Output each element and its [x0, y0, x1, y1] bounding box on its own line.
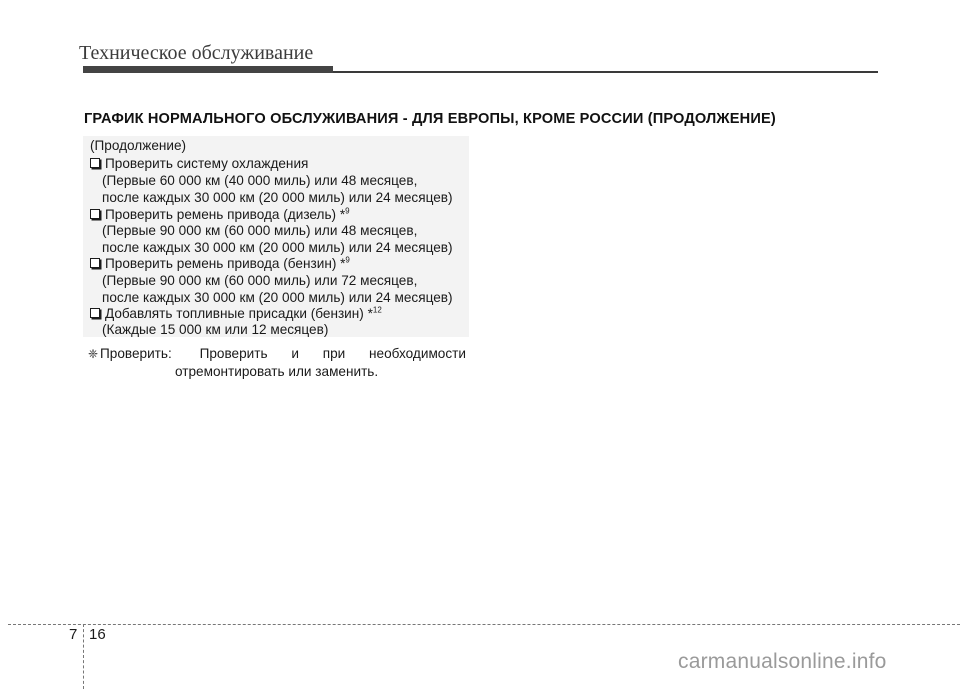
header-bar-thick — [83, 66, 333, 73]
asterisk-note-icon: ❈ — [88, 346, 100, 363]
section-title: Техническое обслуживание — [79, 42, 313, 65]
note-word: при — [323, 345, 346, 363]
header-rule — [333, 71, 878, 73]
checkbox-icon — [90, 209, 100, 219]
note-word: необходимости — [369, 345, 466, 363]
item-label: Проверить ремень привода (бензин) * — [105, 256, 345, 271]
note-continuation: отремонтировать или заменить. — [88, 363, 466, 380]
footer-dashed-rule — [8, 624, 960, 625]
schedule-item-drive-belt-petrol: Проверить ремень привода (бензин) *9 — [90, 256, 350, 272]
item-detail: (Каждые 15 000 км или 12 месяцев) — [102, 322, 328, 338]
note-label: Проверить: — [100, 346, 172, 361]
checkbox-icon — [90, 158, 100, 168]
page-number: 16 — [89, 626, 106, 643]
schedule-item-drive-belt-diesel: Проверить ремень привода (дизель) *9 — [90, 207, 350, 223]
item-detail: после каждых 30 000 км (20 000 миль) или… — [102, 240, 453, 256]
note-word: и — [291, 345, 299, 363]
footnote-mark: 9 — [345, 206, 349, 215]
item-label: Проверить систему охлаждения — [105, 156, 308, 171]
continuation-label: (Продолжение) — [90, 138, 186, 154]
footer-dashed-divider — [83, 624, 84, 689]
chapter-number: 7 — [69, 626, 77, 643]
checkbox-icon — [90, 258, 100, 268]
footnote-mark: 12 — [373, 305, 382, 314]
page-heading: ГРАФИК НОРМАЛЬНОГО ОБСЛУЖИВАНИЯ - ДЛЯ ЕВ… — [84, 111, 776, 127]
item-detail: (Первые 90 000 км (60 000 миль) или 48 м… — [102, 223, 417, 239]
item-detail: после каждых 30 000 км (20 000 миль) или… — [102, 290, 453, 306]
schedule-item-cooling-system: Проверить систему охлаждения — [90, 156, 308, 172]
item-detail: (Первые 60 000 км (40 000 миль) или 48 м… — [102, 173, 417, 189]
note-label-group: ❈Проверить: — [88, 345, 176, 363]
item-label: Добавлять топливные присадки (бензин) * — [105, 306, 373, 321]
inspection-note: ❈Проверить: Проверить и при необходимост… — [88, 345, 466, 380]
schedule-item-fuel-additives: Добавлять топливные присадки (бензин) *1… — [90, 306, 382, 322]
footnote-mark: 9 — [345, 255, 349, 264]
item-detail: после каждых 30 000 км (20 000 миль) или… — [102, 190, 453, 206]
note-word: Проверить — [200, 345, 268, 363]
watermark: carmanualsonline.info — [678, 650, 887, 674]
item-detail: (Первые 90 000 км (60 000 миль) или 72 м… — [102, 273, 417, 289]
item-label: Проверить ремень привода (дизель) * — [105, 207, 345, 222]
checkbox-icon — [90, 308, 100, 318]
